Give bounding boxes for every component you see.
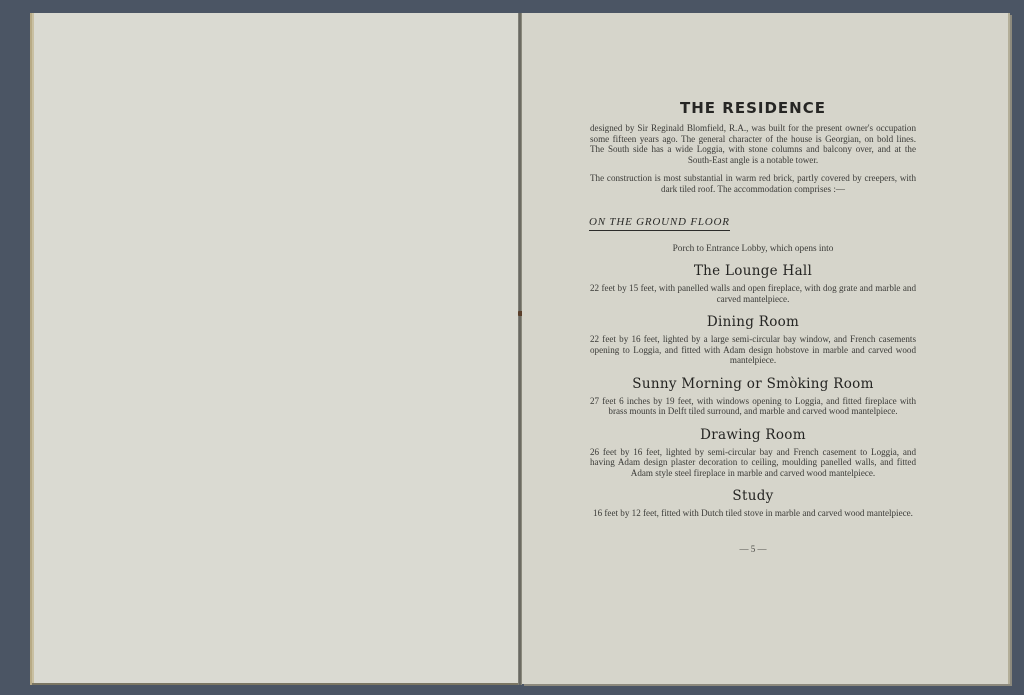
room-lounge-hall: The Lounge Hall 22 feet by 15 feet, with…	[590, 263, 916, 304]
lead-text: Porch to Entrance Lobby, which opens int…	[590, 244, 916, 255]
room-title: Study	[590, 488, 916, 505]
room-description: 26 feet by 16 feet, lighted by semi-circ…	[590, 447, 916, 479]
room-description: 22 feet by 15 feet, with panelled walls …	[590, 283, 916, 304]
room-title: Dining Room	[590, 314, 916, 331]
right-page: THE RESIDENCE designed by Sir Reginald B…	[522, 13, 1010, 684]
room-description: 27 feet 6 inches by 19 feet, with window…	[590, 396, 916, 417]
page-title: THE RESIDENCE	[590, 99, 916, 117]
left-page-blank	[32, 13, 519, 685]
intro-paragraph-2: The construction is most substantial in …	[590, 173, 916, 194]
room-description: 22 feet by 16 feet, lighted by a large s…	[590, 334, 916, 366]
room-title: Drawing Room	[590, 427, 916, 444]
room-description: 16 feet by 12 feet, fitted with Dutch ti…	[590, 508, 916, 519]
room-drawing-room: Drawing Room 26 feet by 16 feet, lighted…	[590, 427, 916, 479]
page-number: — 5 —	[590, 544, 916, 554]
room-title: The Lounge Hall	[590, 263, 916, 280]
room-morning-smoking-room: Sunny Morning or Smòking Room 27 feet 6 …	[590, 376, 916, 417]
room-title: Sunny Morning or Smòking Room	[590, 376, 916, 393]
page-content: THE RESIDENCE designed by Sir Reginald B…	[590, 99, 916, 554]
room-study: Study 16 feet by 12 feet, fitted with Du…	[590, 488, 916, 519]
room-dining-room: Dining Room 22 feet by 16 feet, lighted …	[590, 314, 916, 366]
intro-paragraph-1: designed by Sir Reginald Blomfield, R.A.…	[590, 123, 916, 165]
scanned-booklet-spread: THE RESIDENCE designed by Sir Reginald B…	[0, 0, 1024, 695]
section-heading: ON THE GROUND FLOOR	[589, 216, 730, 231]
